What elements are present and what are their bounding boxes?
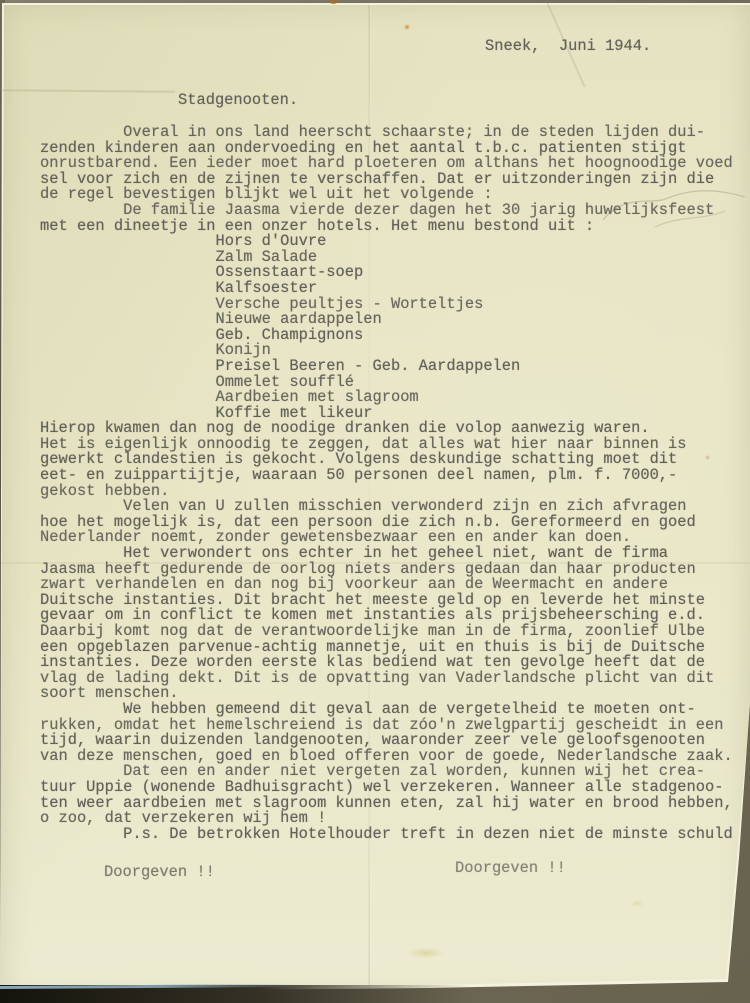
letter-line: Overal in ons land heerscht schaarste; i… [40,125,750,141]
salutation: Stadgenooten. [178,93,298,109]
letter-line: De familie Jaasma vierde dezer dagen het… [40,203,750,219]
letter-line: soort menschen. [40,686,750,702]
letter-line: Aardbeien met slagroom [40,390,750,406]
letter-line: onrustbarend. Een ieder moet hard ploete… [40,156,750,172]
letter-line: Konijn [40,343,750,359]
letter-line: Daarbij komt nog dat de verantwoordelijk… [40,624,750,640]
letter-line: Velen van U zullen misschien verwonderd … [40,499,750,515]
scanned-letter-page: Sneek, Juni 1944. Stadgenooten. Overal i… [0,0,750,1003]
rust-speck-top-edge [330,0,337,4]
letter-line: zwart verhandelen en dan nog bij voorkeu… [40,577,750,593]
letter-line: P.s. De betrokken Hotelhouder treft in d… [40,827,750,843]
letter-line: o zoo, dat verzekeren wij hem ! [40,811,750,827]
letter-line: Het is eigenlijk onnoodig te zeggen, dat… [40,437,750,453]
letter-line: Nieuwe aardappelen [40,312,750,328]
yellow-stain-bottom [408,948,444,958]
letter-line: Zalm Salade [40,250,750,266]
footer-doorgeven-right: Doorgeven !! [455,861,566,877]
dateline: Sneek, Juni 1944. [485,39,651,55]
letter-line: rukken, omdat het hemelschreiend is dat … [40,718,750,734]
footer-doorgeven-left: Doorgeven !! [104,865,215,881]
yellow-stain-small [630,900,644,907]
rust-stain [404,24,410,30]
letter-line: Nederlander noemt, zonder gewetensbezwaa… [40,530,750,546]
letter-body: Overal in ons land heerscht schaarste; i… [40,125,750,842]
letter-line: Dat een en ander niet vergeten zal worde… [40,764,750,780]
